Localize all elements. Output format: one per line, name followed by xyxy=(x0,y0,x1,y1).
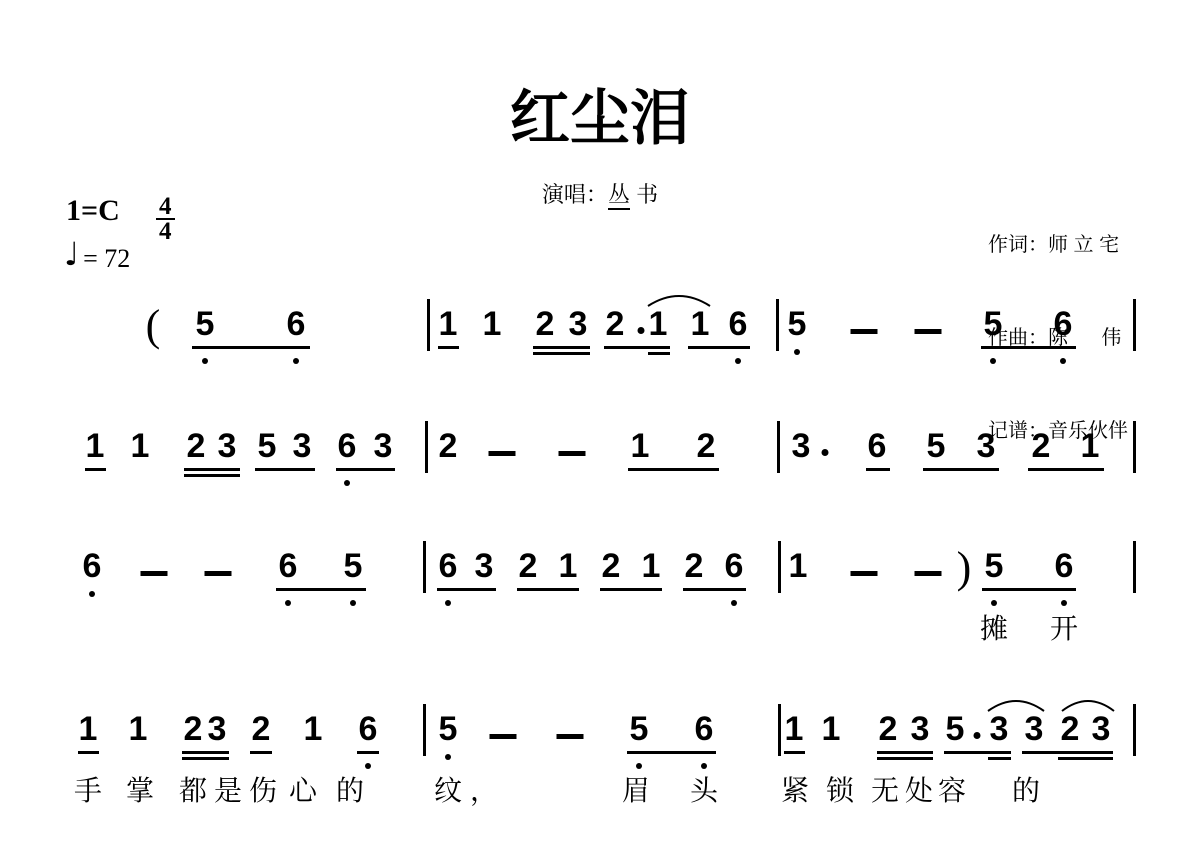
octave-dot xyxy=(1061,600,1067,606)
note: 6 xyxy=(1055,549,1074,583)
octave-dot xyxy=(794,349,800,355)
note: 5 xyxy=(439,712,458,746)
beam-line xyxy=(877,757,933,760)
note: 2 xyxy=(602,549,621,583)
barline xyxy=(1133,299,1136,351)
beam-line xyxy=(533,346,590,349)
octave-dot xyxy=(285,600,291,606)
note: 1 xyxy=(439,307,458,341)
barline xyxy=(1133,541,1136,593)
barline xyxy=(1133,704,1136,756)
augmentation-dot xyxy=(974,732,981,739)
beam-line xyxy=(184,474,240,477)
note: 3 xyxy=(792,429,811,463)
note: 6 xyxy=(695,712,714,746)
duration-dash xyxy=(489,451,516,456)
beam-line xyxy=(255,468,315,471)
lyric-syllable: 摊 xyxy=(980,615,1008,643)
octave-dot xyxy=(445,600,451,606)
duration-dash xyxy=(915,571,942,576)
note: 2 xyxy=(1061,712,1080,746)
beam-line xyxy=(981,346,1076,349)
note: 3 xyxy=(977,429,996,463)
octave-dot xyxy=(89,591,95,597)
note: 1 xyxy=(304,712,323,746)
duration-dash xyxy=(559,451,586,456)
beam-line xyxy=(182,751,229,754)
beam-line xyxy=(533,352,590,355)
beam-line xyxy=(182,757,229,760)
lyric-syllable: 的 xyxy=(1012,777,1040,805)
duration-dash xyxy=(851,571,878,576)
note: 1 xyxy=(642,549,661,583)
note: 5 xyxy=(984,307,1003,341)
barline xyxy=(1133,421,1136,473)
lyric-syllable: 容 xyxy=(938,777,966,805)
octave-dot xyxy=(350,600,356,606)
duration-dash xyxy=(915,329,942,334)
note: 1 xyxy=(86,429,105,463)
lyric-syllable: 纹 xyxy=(434,777,462,805)
duration-dash xyxy=(851,329,878,334)
octave-dot xyxy=(445,754,451,760)
note: 6 xyxy=(1054,307,1073,341)
barline xyxy=(423,704,426,756)
octave-dot xyxy=(990,358,996,364)
note: 6 xyxy=(338,429,357,463)
note: 2 xyxy=(252,712,271,746)
beam-line xyxy=(923,468,999,471)
beam-line xyxy=(192,346,310,349)
note: 1 xyxy=(631,429,650,463)
note: 3 xyxy=(208,712,227,746)
duration-dash xyxy=(490,734,517,739)
note: 5 xyxy=(788,307,807,341)
note: 1 xyxy=(822,712,841,746)
beam-line xyxy=(85,468,106,471)
beam-line xyxy=(1028,468,1104,471)
octave-dot xyxy=(701,763,707,769)
beam-line xyxy=(1022,751,1113,754)
note: 2 xyxy=(697,429,716,463)
beam-line xyxy=(437,588,496,591)
note: 5 xyxy=(258,429,277,463)
beam-line xyxy=(944,751,1011,754)
lyric-syllable: 的 xyxy=(336,777,364,805)
note: 1 xyxy=(649,307,668,341)
octave-dot xyxy=(344,480,350,486)
note: 2 xyxy=(187,429,206,463)
note: 5 xyxy=(927,429,946,463)
beam-line xyxy=(184,468,240,471)
note: 5 xyxy=(630,712,649,746)
octave-dot xyxy=(293,358,299,364)
sheet-music-page: 红尘泪 演唱：丛 书 作词：师 立 宅 作曲：陈 伟 记谱：音乐伙伴 1=C 4… xyxy=(0,0,1200,850)
note: 5 xyxy=(196,307,215,341)
beam-line xyxy=(78,751,99,754)
lyric-syllable: ， xyxy=(470,777,498,805)
parenthesis: ) xyxy=(957,546,972,590)
octave-dot xyxy=(365,763,371,769)
note: 2 xyxy=(879,712,898,746)
beam-line xyxy=(357,751,379,754)
duration-dash xyxy=(141,571,168,576)
note: 1 xyxy=(1081,429,1100,463)
note: 1 xyxy=(131,429,150,463)
beam-line xyxy=(628,468,719,471)
note: 1 xyxy=(559,549,578,583)
tie-arc xyxy=(1060,694,1116,712)
score: (561123211655611235363212365321665632121… xyxy=(0,0,1200,850)
note: 6 xyxy=(287,307,306,341)
note: 3 xyxy=(1092,712,1111,746)
note: 3 xyxy=(990,712,1009,746)
note: 5 xyxy=(985,549,1004,583)
augmentation-dot xyxy=(638,327,645,334)
beam-line xyxy=(600,588,662,591)
beam-line xyxy=(276,588,366,591)
note: 1 xyxy=(483,307,502,341)
beam-line xyxy=(683,588,746,591)
lyric-syllable: 手 xyxy=(74,777,102,805)
barline xyxy=(427,299,430,351)
note: 2 xyxy=(519,549,538,583)
beam-line xyxy=(250,751,272,754)
note: 2 xyxy=(184,712,203,746)
note: 6 xyxy=(83,549,102,583)
note: 6 xyxy=(725,549,744,583)
beam-line xyxy=(688,346,750,349)
note: 1 xyxy=(691,307,710,341)
parenthesis: ( xyxy=(146,304,161,348)
beam-line xyxy=(648,352,670,355)
lyric-syllable: 锁 xyxy=(826,777,854,805)
note: 6 xyxy=(279,549,298,583)
duration-dash xyxy=(557,734,584,739)
beam-line xyxy=(627,751,716,754)
octave-dot xyxy=(202,358,208,364)
note: 2 xyxy=(685,549,704,583)
lyric-syllable: 头 xyxy=(690,777,718,805)
note: 2 xyxy=(536,307,555,341)
beam-line xyxy=(866,468,890,471)
note: 1 xyxy=(785,712,804,746)
beam-line xyxy=(784,751,805,754)
lyric-syllable: 眉 xyxy=(622,777,650,805)
barline xyxy=(423,541,426,593)
note: 3 xyxy=(218,429,237,463)
note: 2 xyxy=(606,307,625,341)
note: 3 xyxy=(293,429,312,463)
note: 6 xyxy=(868,429,887,463)
lyric-syllable: 掌 xyxy=(126,777,154,805)
beam-line xyxy=(336,468,395,471)
octave-dot xyxy=(735,358,741,364)
note: 2 xyxy=(439,429,458,463)
lyric-syllable: 开 xyxy=(1050,615,1078,643)
augmentation-dot xyxy=(822,449,829,456)
note: 6 xyxy=(359,712,378,746)
note: 6 xyxy=(729,307,748,341)
note: 3 xyxy=(569,307,588,341)
note: 5 xyxy=(946,712,965,746)
note: 3 xyxy=(475,549,494,583)
beam-line xyxy=(877,751,933,754)
note: 1 xyxy=(789,549,808,583)
note: 2 xyxy=(1032,429,1051,463)
barline xyxy=(425,421,428,473)
note: 1 xyxy=(79,712,98,746)
note: 3 xyxy=(911,712,930,746)
beam-line xyxy=(1058,757,1113,760)
duration-dash xyxy=(205,571,232,576)
lyric-syllable: 无 xyxy=(871,777,899,805)
octave-dot xyxy=(636,763,642,769)
beam-line xyxy=(517,588,579,591)
note: 6 xyxy=(439,549,458,583)
lyric-syllable: 处 xyxy=(905,777,933,805)
lyric-syllable: 都 xyxy=(179,777,207,805)
lyric-syllable: 紧 xyxy=(781,777,809,805)
note: 1 xyxy=(129,712,148,746)
octave-dot xyxy=(1060,358,1066,364)
octave-dot xyxy=(991,600,997,606)
barline xyxy=(776,299,779,351)
lyric-syllable: 心 xyxy=(289,777,317,805)
barline xyxy=(778,704,781,756)
barline xyxy=(777,421,780,473)
beam-line xyxy=(438,346,459,349)
barline xyxy=(778,541,781,593)
octave-dot xyxy=(731,600,737,606)
beam-line xyxy=(982,588,1076,591)
note: 3 xyxy=(1025,712,1044,746)
lyric-syllable: 伤 xyxy=(249,777,277,805)
lyric-syllable: 是 xyxy=(214,777,242,805)
note: 5 xyxy=(344,549,363,583)
note: 3 xyxy=(374,429,393,463)
beam-line xyxy=(604,346,670,349)
beam-line xyxy=(988,757,1011,760)
